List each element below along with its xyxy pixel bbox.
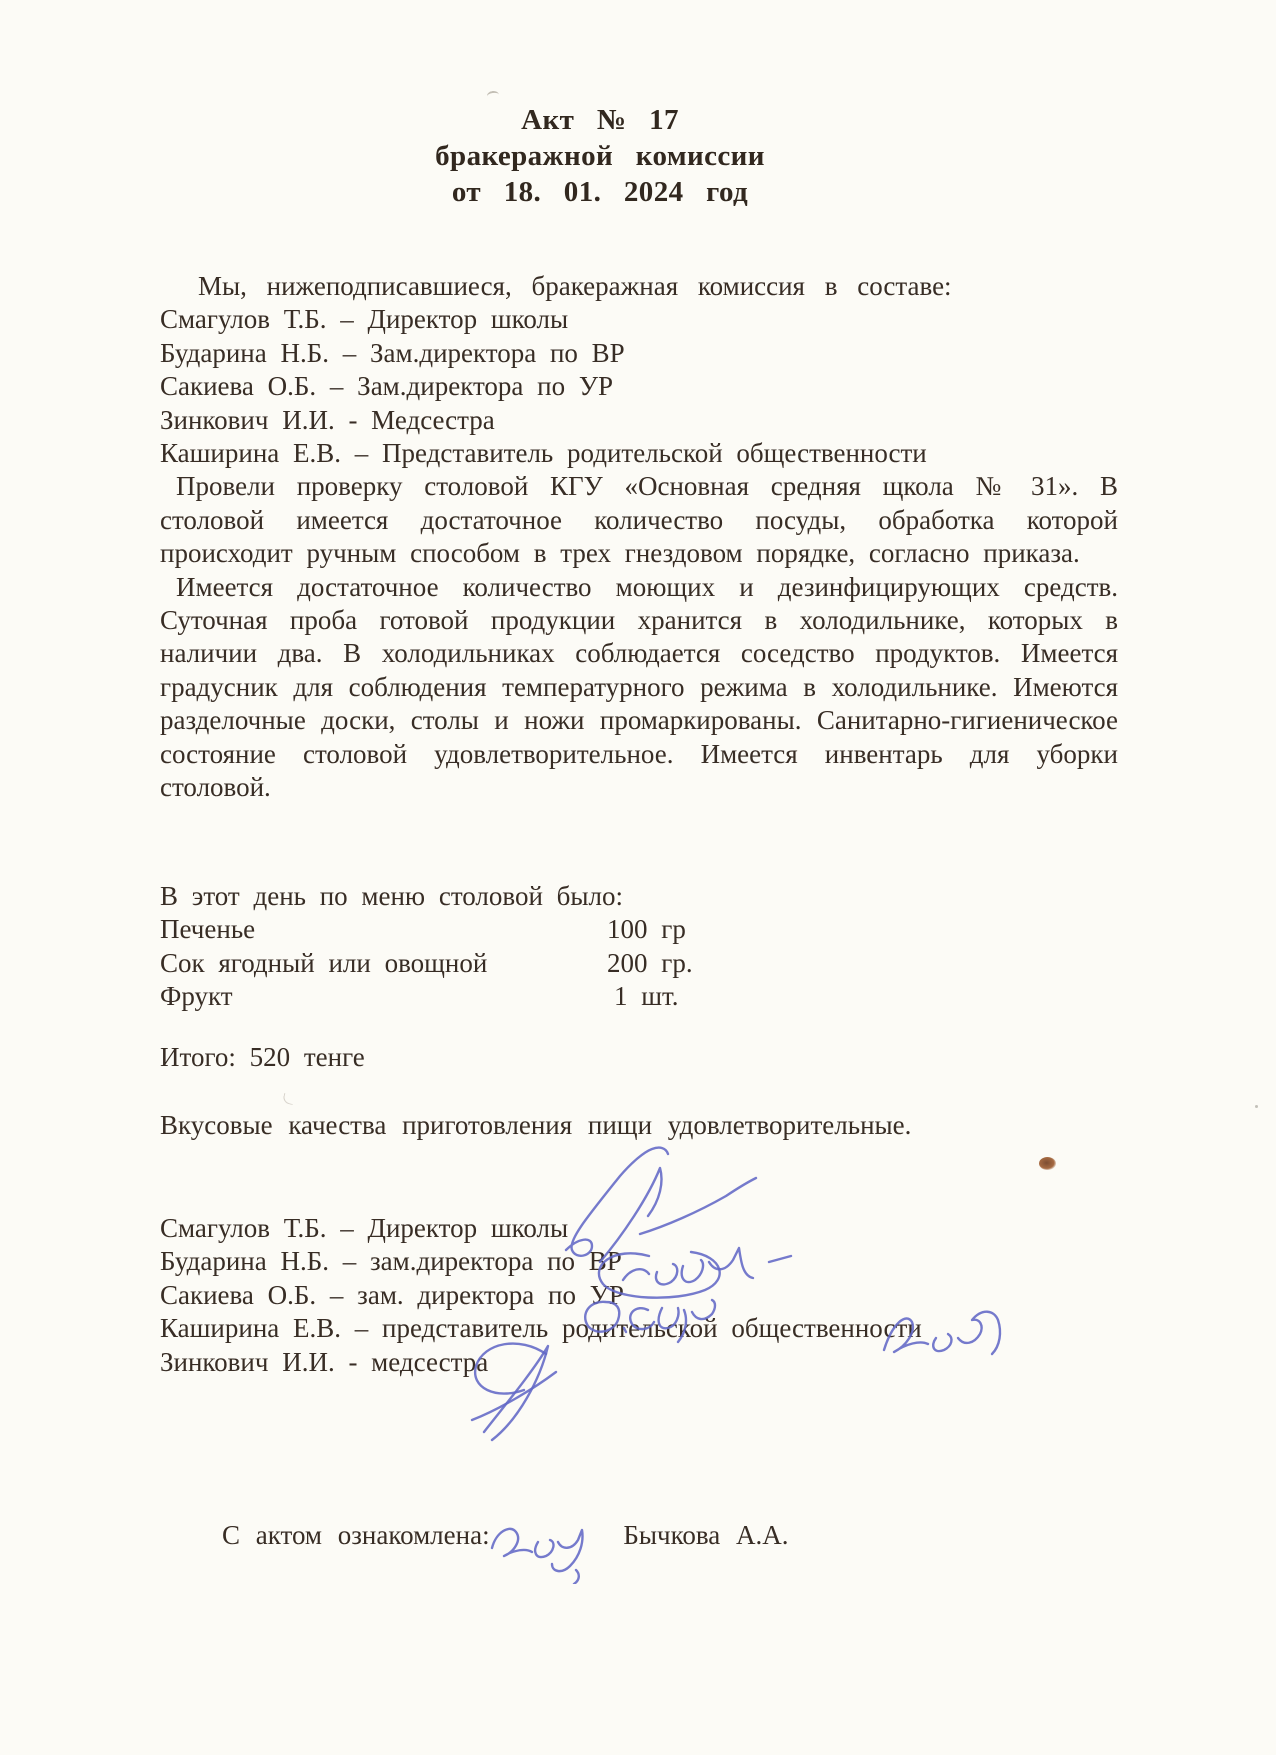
menu-row: Сок ягодный или овощной 200 гр.: [160, 947, 1118, 980]
member-line-sakieva: Сакиева О.Б. – Зам.директора по УР: [160, 370, 1118, 403]
acknowledgement-label: С актом ознакомлена:: [222, 1520, 490, 1550]
signatures-section: Смагулов Т.Б. – Директор школы Бударина …: [160, 1212, 1160, 1379]
member-line-budarina: Бударина Н.Б. – Зам.директора по ВР: [160, 337, 1118, 370]
intro-line: Мы, нижеподписавшиеся, бракеражная комис…: [160, 270, 1118, 303]
menu-item-qty: 100 гр: [607, 913, 686, 946]
menu-item-name: Сок ягодный или овощной: [160, 948, 487, 978]
acknowledged-by-name: Бычкова А.А.: [623, 1520, 788, 1550]
signature-line-budarina: Бударина Н.Б. – зам.директора по ВР: [160, 1245, 1160, 1278]
menu-section: В этот день по меню столовой было: Печен…: [160, 880, 1118, 1014]
menu-item-qty: 1 шт.: [614, 980, 679, 1013]
signature-line-zinkovich: Зинкович И.И. - медсестра: [160, 1346, 1160, 1379]
signature-line-kashirina: Каширина Е.В. – представитель родительск…: [160, 1312, 1160, 1345]
scan-speck: [282, 1093, 295, 1105]
paper-stain: [1039, 1157, 1056, 1170]
acknowledgement-line: С актом ознакомлена: Бычкова А.А.: [222, 1520, 788, 1551]
title-line-commission: бракеражной комиссии: [0, 138, 1200, 174]
scan-speck: [1255, 1105, 1258, 1108]
signature-line-sakieva: Сакиева О.Б. – зам. директора по УР: [160, 1279, 1160, 1312]
signature-line-smagulov: Смагулов Т.Б. – Директор школы: [160, 1212, 1160, 1245]
paragraph-inspection: Провели проверку столовой КГУ «Основная …: [160, 470, 1118, 570]
title-line-act-number: Акт № 17: [0, 102, 1200, 138]
member-line-zinkovich: Зинкович И.И. - Медсестра: [160, 404, 1118, 437]
menu-row: Печенье 100 гр: [160, 913, 1118, 946]
document-title: Акт № 17 бракеражной комиссии от 18. 01.…: [0, 102, 1200, 210]
taste-quality-line: Вкусовые качества приготовления пищи удо…: [160, 1110, 1160, 1141]
document-page: Акт № 17 бракеражной комиссии от 18. 01.…: [0, 0, 1276, 1755]
paragraph-sanitary: Имеется достаточное количество моющих и …: [160, 571, 1118, 805]
scan-speck: [486, 90, 499, 101]
menu-item-name: Печенье: [160, 914, 255, 944]
total-line: Итого: 520 тенге: [160, 1042, 365, 1073]
menu-item-qty: 200 гр.: [607, 947, 693, 980]
title-line-date: от 18. 01. 2024 год: [0, 174, 1200, 210]
member-line-kashirina: Каширина Е.В. – Представитель родительск…: [160, 437, 1118, 470]
menu-item-name: Фрукт: [160, 981, 233, 1011]
menu-heading: В этот день по меню столовой было:: [160, 880, 1118, 913]
menu-row: Фрукт 1 шт.: [160, 980, 1118, 1013]
member-line-smagulov: Смагулов Т.Б. – Директор школы: [160, 303, 1118, 336]
document-body: Мы, нижеподписавшиеся, бракеражная комис…: [160, 270, 1118, 805]
